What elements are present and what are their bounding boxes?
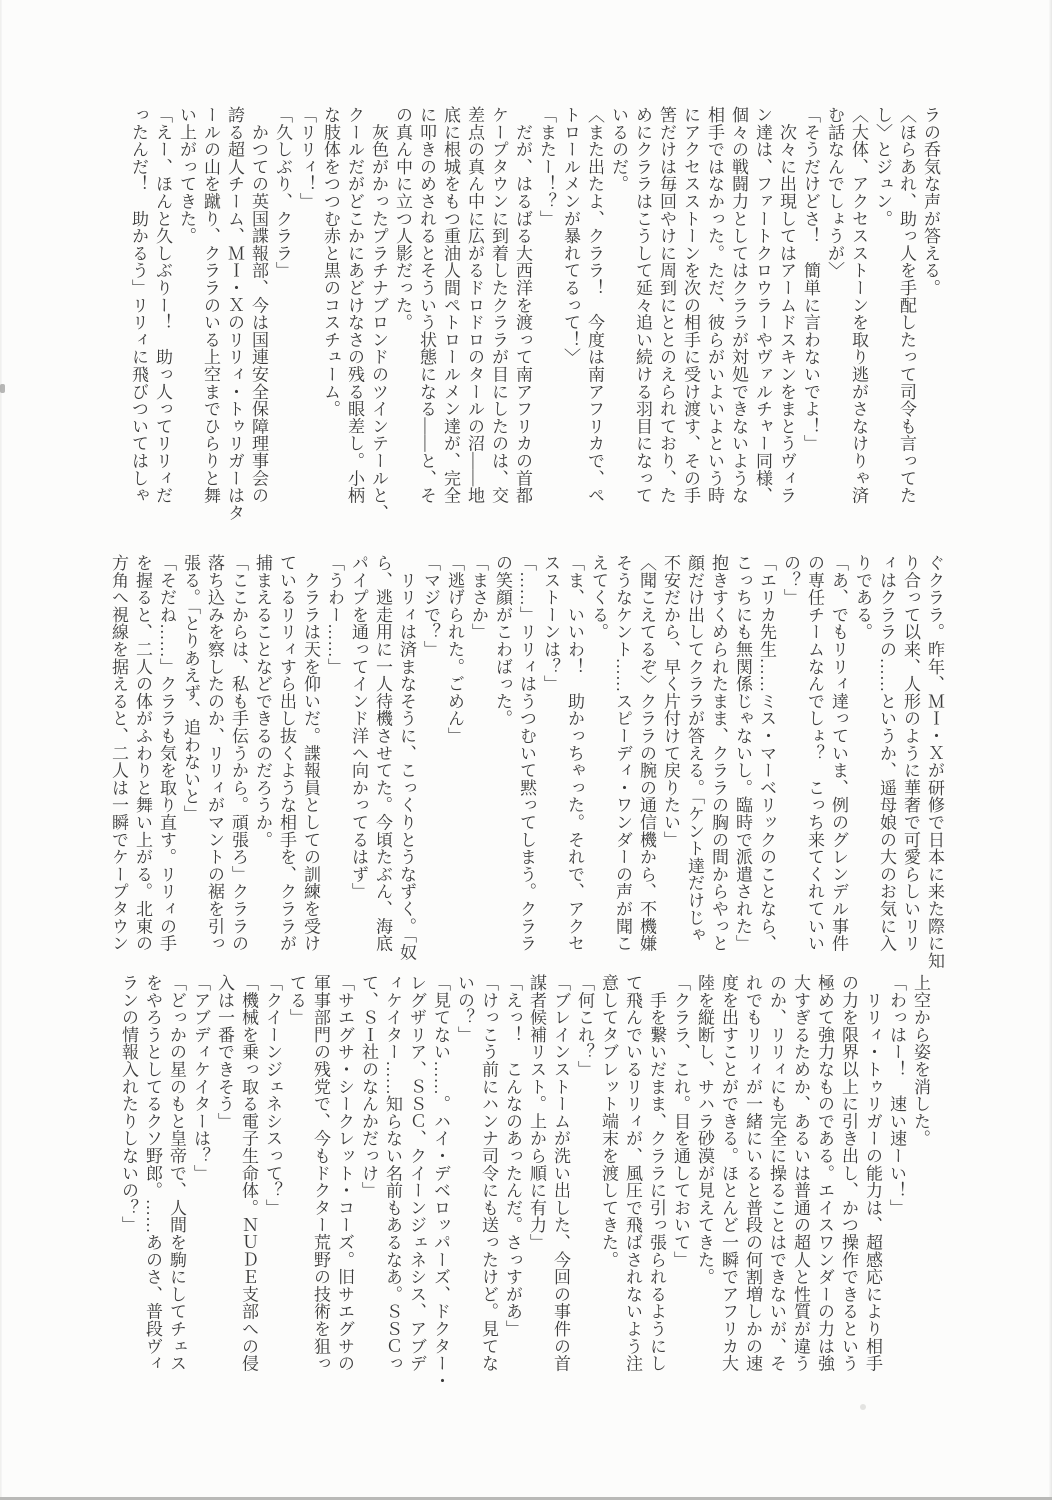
scan-speck (0, 384, 5, 393)
text-band-middle: ぐクララ。昨年、ＭＩ・Ｘが研修で日本に来た際に知 り合って以来、人形のように華奢… (106, 554, 946, 994)
scanned-page: ラの呑気な声が答える。 〈ほらあれ、助っ人を手配したって司令も言ってた し〉とジ… (0, 0, 1052, 1500)
text-band-bottom: 上空から姿を消した。 「わっはー！ 速い速ーい！」 リリィ・トゥリガーの能力は、… (116, 974, 932, 1414)
scan-speck (860, 1404, 866, 1410)
scan-edge-left (0, 0, 2, 1500)
text-band-top: ラの呑気な声が答える。 〈ほらあれ、助っ人を手配したって司令も言ってた し〉とジ… (126, 106, 942, 546)
